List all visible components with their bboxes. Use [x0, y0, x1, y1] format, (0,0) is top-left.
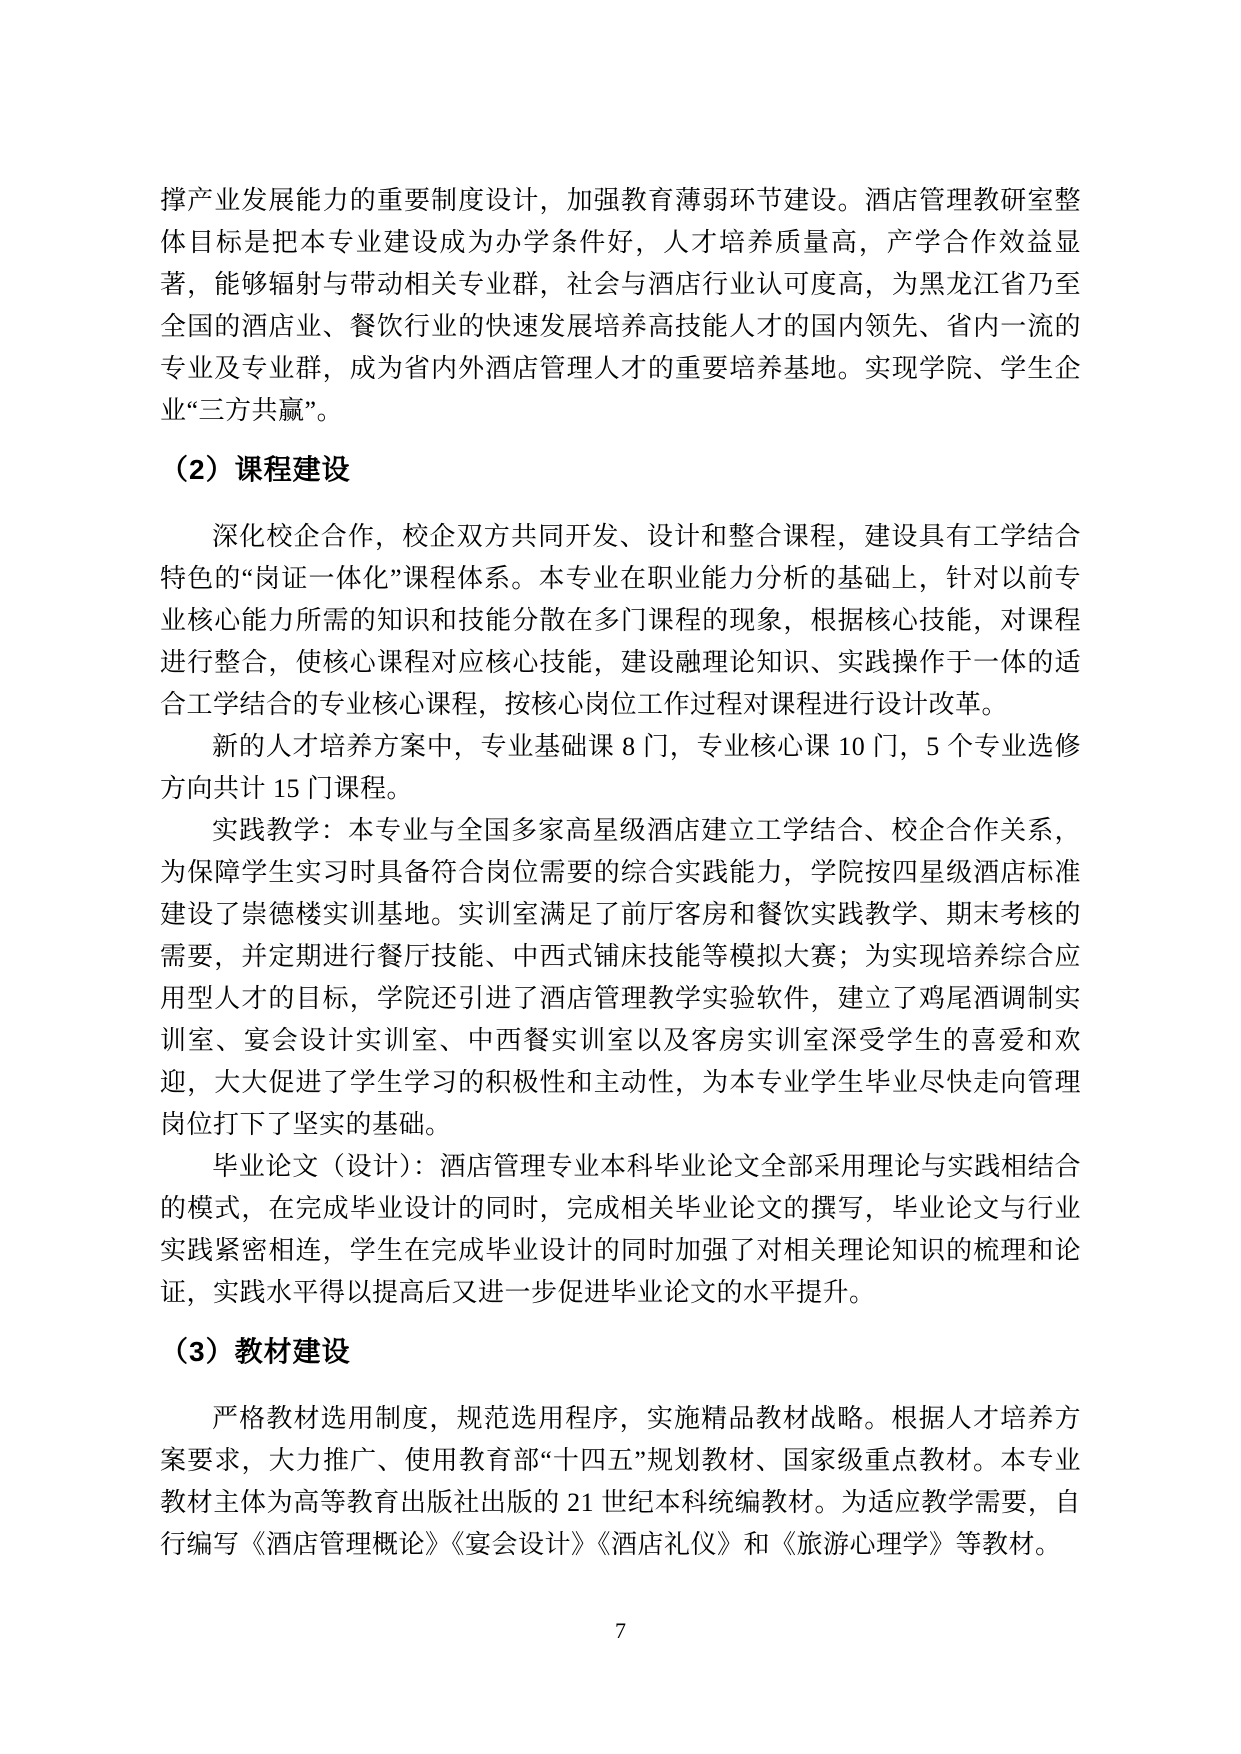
document-body: 撑产业发展能力的重要制度设计，加强教育薄弱环节建设。酒店管理教研室整体目标是把本… — [160, 180, 1081, 1566]
document-page: 撑产业发展能力的重要制度设计，加强教育薄弱环节建设。酒店管理教研室整体目标是把本… — [0, 0, 1241, 1754]
section-heading-2: （2）课程建设 — [160, 448, 1081, 492]
section2-paragraph-3: 实践教学：本专业与全国多家高星级酒店建立工学结合、校企合作关系，为保障学生实习时… — [160, 810, 1081, 1146]
page-number: 7 — [0, 1618, 1241, 1644]
intro-paragraph: 撑产业发展能力的重要制度设计，加强教育薄弱环节建设。酒店管理教研室整体目标是把本… — [160, 180, 1081, 432]
section3-paragraph-1: 严格教材选用制度，规范选用程序，实施精品教材战略。根据人才培养方案要求，大力推广… — [160, 1398, 1081, 1566]
section-heading-3: （3）教材建设 — [160, 1330, 1081, 1374]
section2-paragraph-2: 新的人才培养方案中，专业基础课 8 门，专业核心课 10 门，5 个专业选修方向… — [160, 726, 1081, 810]
section2-paragraph-1: 深化校企合作，校企双方共同开发、设计和整合课程，建设具有工学结合特色的“岗证一体… — [160, 516, 1081, 726]
section2-paragraph-4: 毕业论文（设计）：酒店管理专业本科毕业论文全部采用理论与实践相结合的模式，在完成… — [160, 1146, 1081, 1314]
